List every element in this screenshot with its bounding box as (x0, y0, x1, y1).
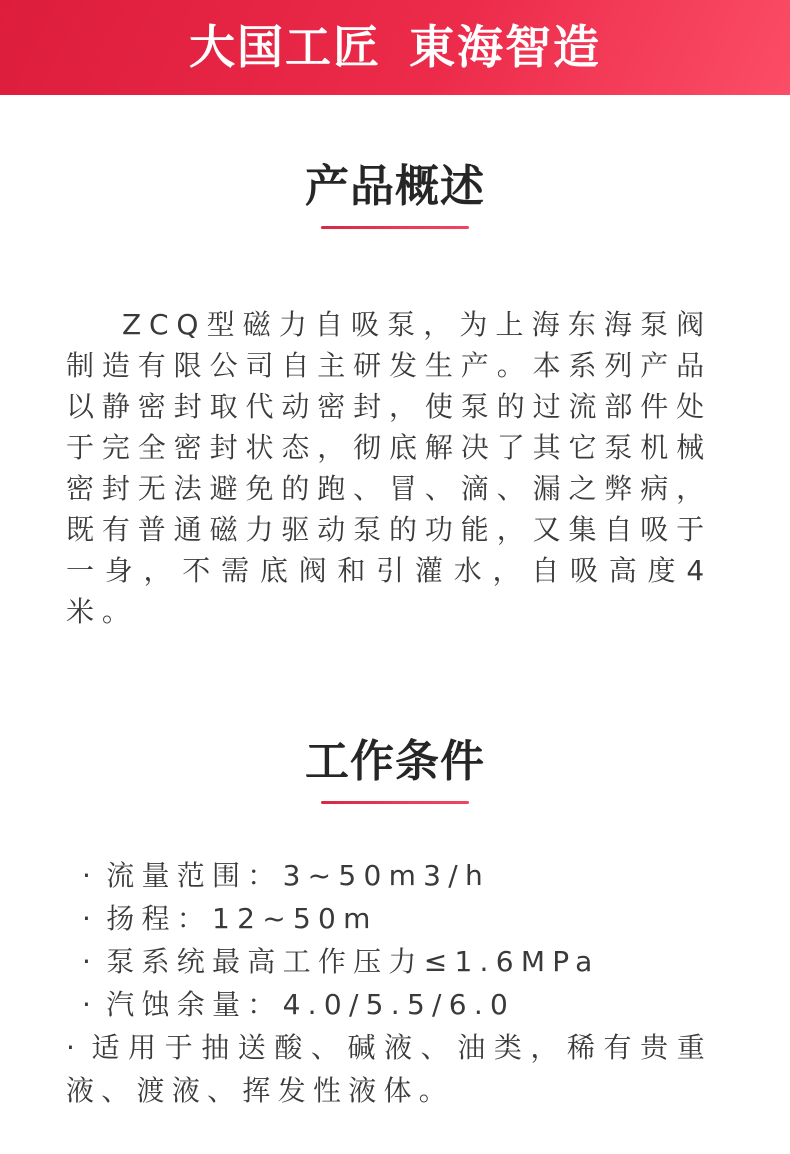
bullet-dot: · (82, 945, 98, 978)
overview-paragraph: ZCQ型磁力自吸泵，为上海东海泵阀制造有限公司自主研发生产。本系列产品以静密封取… (0, 304, 790, 632)
bullet-dot: · (82, 859, 98, 892)
condition-item-text: 流量范围：3~50m3/h (106, 859, 490, 892)
conditions-title-underline (321, 801, 469, 804)
product-overview-section: 产品概述 ZCQ型磁力自吸泵，为上海东海泵阀制造有限公司自主研发生产。本系列产品… (0, 161, 790, 632)
overview-section-title: 产品概述 (0, 161, 790, 213)
condition-item-text: 泵系统最高工作压力≤1.6MPa (106, 945, 599, 978)
condition-item-text: 适用于抽送酸、碱液、油类，稀有贵重液、渡液、挥发性液体。 (66, 1031, 712, 1107)
banner-slogan: 大国工匠東海智造 (189, 24, 601, 72)
overview-title-underline (321, 226, 469, 229)
bullet-dot: · (82, 902, 98, 935)
bullet-dot: · (66, 1031, 82, 1064)
condition-item-head: ·扬程：12~50m (66, 897, 712, 940)
conditions-list: ·流量范围：3~50m3/h ·扬程：12~50m ·泵系统最高工作压力≤1.6… (0, 854, 790, 1112)
condition-item-text: 汽蚀余量：4.0/5.5/6.0 (106, 988, 515, 1021)
condition-item-text: 扬程：12~50m (106, 902, 378, 935)
bullet-dot: · (82, 988, 98, 1021)
top-banner: 大国工匠東海智造 (0, 0, 790, 95)
working-conditions-section: 工作条件 ·流量范围：3~50m3/h ·扬程：12~50m ·泵系统最高工作压… (0, 736, 790, 1112)
banner-slogan-right: 東海智造 (409, 20, 601, 74)
conditions-section-title: 工作条件 (0, 736, 790, 788)
condition-item-applicable-media: ·适用于抽送酸、碱液、油类，稀有贵重液、渡液、挥发性液体。 (66, 1026, 712, 1112)
condition-item-npsh: ·汽蚀余量：4.0/5.5/6.0 (66, 983, 712, 1026)
condition-item-flow-range: ·流量范围：3~50m3/h (66, 854, 712, 897)
condition-item-max-pressure: ·泵系统最高工作压力≤1.6MPa (66, 940, 712, 983)
banner-slogan-left: 大国工匠 (189, 20, 381, 74)
